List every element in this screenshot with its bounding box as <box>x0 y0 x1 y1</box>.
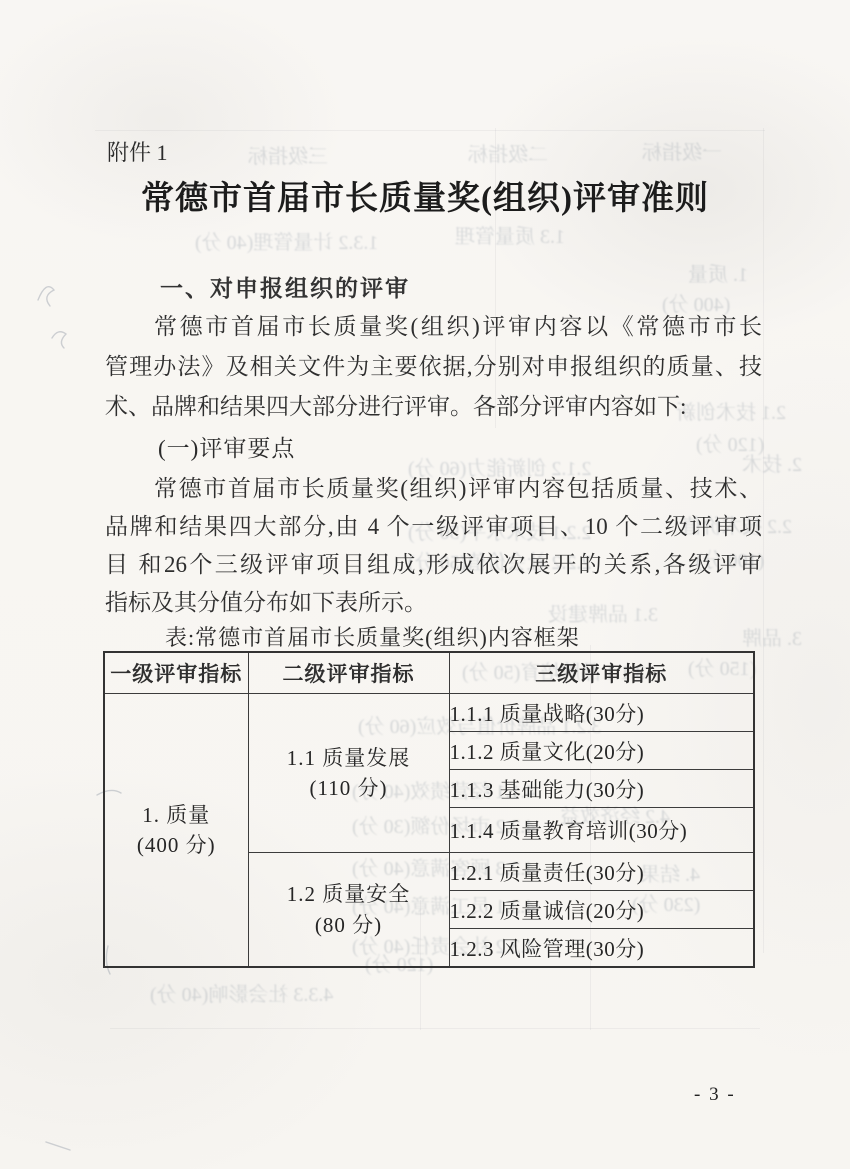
document-title: 常德市首届市长质量奖(组织)评审准则 <box>0 172 850 219</box>
document-page: 三级指标二级指标一级指标1.3.2 计量管理(40 分)1.3 质量管理1. 质… <box>0 0 850 1169</box>
framework-table: 一级评审指标 二级评审指标 三级评审指标 1. 质量 (400 分) 1.1 质… <box>103 651 755 968</box>
paragraph-line: 管理办法》及相关文件为主要依据,分别对申报组织的质量、技 <box>105 348 762 380</box>
level2-cell-quality-development: 1.1 质量发展 (110 分) <box>248 694 449 853</box>
paragraph-line: 指标及其分值分布如下表所示。 <box>105 584 762 616</box>
paragraph-line: 术、品牌和结果四大部分进行评审。各部分评审内容如下: <box>105 388 762 420</box>
table-header-row: 一级评审指标 二级评审指标 三级评审指标 <box>104 652 754 694</box>
attachment-label: 附件 1 <box>107 136 168 167</box>
level2-cell-quality-safety: 1.2 质量安全 (80 分) <box>248 853 449 968</box>
paragraph-line: 品牌和结果四大部分,由 4 个一级评审项目、10 个二级评审项 <box>105 508 762 540</box>
paragraph-line: 常德市首届市长质量奖(组织)评审内容包括质量、技术、 <box>105 470 762 502</box>
header-level2: 二级评审指标 <box>248 652 449 694</box>
level3-cell: 1.2.3 风险管理(30分) <box>449 929 754 968</box>
subsection-heading: (一)评审要点 <box>158 430 295 463</box>
level1-cell-quality: 1. 质量 (400 分) <box>104 694 248 968</box>
table-caption: 表:常德市首届市长质量奖(组织)内容框架 <box>165 621 580 652</box>
header-level3: 三级评审指标 <box>449 652 754 694</box>
level3-cell: 1.1.1 质量战略(30分) <box>449 694 754 732</box>
table-row: 1. 质量 (400 分) 1.1 质量发展 (110 分) 1.1.1 质量战… <box>104 694 754 732</box>
level3-cell: 1.1.4 质量教育培训(30分) <box>449 808 754 853</box>
header-level1: 一级评审指标 <box>104 652 248 694</box>
level3-cell: 1.1.3 基础能力(30分) <box>449 770 754 808</box>
level1-label: 1. 质量 <box>105 800 248 830</box>
page-number: - 3 - <box>694 1084 736 1106</box>
level3-cell: 1.2.1 质量责任(30分) <box>449 853 754 891</box>
level1-score: (400 分) <box>105 830 248 860</box>
level2-label: 1.1 质量发展 <box>249 743 449 773</box>
level2-score: (110 分) <box>249 773 449 803</box>
level2-score: (80 分) <box>249 910 449 940</box>
section-heading: 一、对申报组织的评审 <box>160 270 410 303</box>
paragraph-line: 常德市首届市长质量奖(组织)评审内容以《常德市市长 <box>105 308 762 340</box>
level3-cell: 1.1.2 质量文化(20分) <box>449 732 754 770</box>
level3-cell: 1.2.2 质量诚信(20分) <box>449 891 754 929</box>
paragraph-line: 目 和26个三级评审项目组成,形成依次展开的关系,各级评审 <box>105 546 762 578</box>
level2-label: 1.2 质量安全 <box>249 879 449 909</box>
document-content: 附件 1 常德市首届市长质量奖(组织)评审准则 一、对申报组织的评审 常德市首届… <box>0 0 850 1169</box>
